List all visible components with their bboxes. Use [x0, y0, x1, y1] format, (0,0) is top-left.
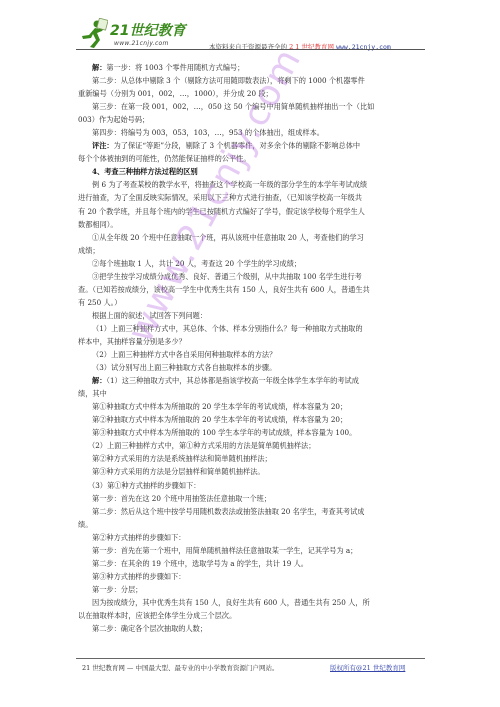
text-line: （2）上面三种抽样方式中，第①种方式采用的方法是简单随机抽样法；	[78, 439, 421, 452]
text-line: 第①种抽取方式中样本为所抽取的 20 学生本学年的考试成绩，样本容量为 20；	[78, 400, 421, 413]
text-line: 以在抽取样本时，应该把全体学生分成三个层次。	[78, 609, 421, 622]
text-line: 样本中，其抽样容量分别是多少？	[78, 335, 421, 348]
text-line: 数都相同）。	[78, 218, 421, 231]
text-line: 第②种抽取方式中样本为所抽取的 20 学生本学年的考试成绩，样本容量为 20；	[78, 413, 421, 426]
text-line: 第四步：将编号为 003，053，103，…，953 的个体抽出，组成样本。	[78, 126, 421, 139]
text-line: 第一步：首先在这 20 个班中用抽签法任意抽取一个班；	[78, 492, 421, 505]
text-line: 第一步：分层；	[78, 583, 421, 596]
text-line: ②每个班抽取 1 人，共计 20 人，考查这 20 个学生的学习成绩；	[78, 257, 421, 270]
section-heading: 4、考查三种抽样方法过程的区别	[78, 165, 421, 178]
logo-url: www.21cnjy.com	[114, 40, 169, 47]
text-line: 第二步：确定各个层次抽取的人数；	[78, 622, 421, 635]
footer-divider	[76, 658, 425, 659]
text-line: 第二步：在其余的 19 个班中，选取学号为 a 的学生，共计 19 人。	[78, 557, 421, 570]
comment-line: 评注：为了保证“等距”分段，剔除了 3 个机器零件，对多余个体的剔除不影响总体中	[78, 139, 421, 152]
label-solution: 解：	[92, 63, 106, 72]
logo-title: 21世纪教育	[110, 20, 185, 40]
solution-line: 解：（1）这三种抽取方式中，其总体都是指该学校高一年级全体学生本学年的考试成	[78, 374, 421, 387]
document-body: 解：第一步：将 1003 个零件用随机方式编号； 第二步：从总体中剔除 3 个（…	[78, 61, 421, 635]
text-line: 第③种抽取方式中样本为所抽取的 100 学生本学年的考试成绩，样本容量为 100…	[78, 426, 421, 439]
text-line: 第二步：然后从这个班中按学号用随机数表法或抽签法抽取 20 名学生，考查其考试成	[78, 505, 421, 518]
text-line: 有 250 人。）	[78, 296, 421, 309]
text-line: 第②种方式抽样的步骤如下：	[78, 531, 421, 544]
text-line: ③把学生按学习成绩分成优秀、良好、普通三个级别，从中共抽取 100 名学生进行考	[78, 270, 421, 283]
header-divider	[76, 49, 425, 50]
text-line: 查。（已知若按成绩分，该校高一学生中优秀生共有 150 人，良好生共有 600 …	[78, 283, 421, 296]
text-line: 根据上面的叙述，试回答下列问题：	[78, 309, 421, 322]
site-logo[interactable]: 21世纪教育 www.21cnjy.com	[80, 14, 200, 50]
text-line: 第二步：从总体中剔除 3 个（剔除方法可用随即数表法），将剩下的 1000 个机…	[78, 74, 421, 87]
text-line: 第③种方式抽样的步骤如下：	[78, 570, 421, 583]
label-comment: 评注：	[92, 141, 114, 150]
text-line: 绩。	[78, 518, 421, 531]
text-line: 绩，其中	[78, 387, 421, 400]
label-solution: 解：	[92, 376, 106, 385]
copyright-link[interactable]: 版权所有@21 世纪教育网	[330, 663, 405, 672]
text-line: 第一步：首先在第一个班中，用简单随机抽样法任意抽取某一学生，记其学号为 a；	[78, 544, 421, 557]
page-header: 21世纪教育 www.21cnjy.com 本资料来自于资源最齐全的 2 1 世…	[76, 12, 426, 52]
question-line: （1）上面三种抽样方式中，其总体、个体、样本分别指什么？每一种抽取方式抽取的	[78, 322, 421, 335]
question-line: （2）上面三种抽样方式中各自采用何种抽取样本的方法？	[78, 348, 421, 361]
text-line: 每个个体被抽到的可能性，仍然能保证抽样的公平性。	[78, 152, 421, 165]
text-line: 第③种方式采用的方法是分层抽样和简单随机抽样法。	[78, 465, 421, 478]
text-line: 进行抽查，为了全面反映实际情况，采用以下三种方式进行抽查，（已知该学校高一年级共	[78, 191, 421, 204]
question-line: （3）试分别写出上面三种抽取方式各自抽取样本的步骤。	[78, 361, 421, 374]
text-line: 因为按成绩分，其中优秀生共有 150 人，良好生共有 600 人，普通生共有 2…	[78, 596, 421, 609]
footer-text: 21 世纪教育网 — 中国最大型、最专业的中小学教育资源门户网站。	[82, 663, 278, 672]
text-line: 例 6 为了考查某校的教学水平，将抽查这个学校高一年级的部分学生的本学年考试成绩	[78, 178, 421, 191]
text-line: 003）作为起始号码；	[78, 113, 421, 126]
text-line: 第②种方式采用的方法是系统抽样法和简单随机抽样法；	[78, 452, 421, 465]
text-line: ①从全年级 20 个班中任意抽取一个班，再从该班中任意抽取 20 人，考查他们的…	[78, 231, 421, 244]
runner-logo-icon	[80, 18, 108, 48]
text-line: 重新编号（分别为 001，002，…，1000），并分成 20 段；	[78, 87, 421, 100]
text-line: 第三步：在第一段 001，002，…，050 这 50 个编号中用简单随机抽样抽…	[78, 100, 421, 113]
solution-line: 解：第一步：将 1003 个零件用随机方式编号；	[78, 61, 421, 74]
text-line: 成绩；	[78, 244, 421, 257]
text-line: （3）第①种方式抽样的步骤如下：	[78, 479, 421, 492]
text-line: 有 20 个教学班，并且每个班内的学生已按随机方式编好了学号，假定该学校每个班学…	[78, 205, 421, 218]
